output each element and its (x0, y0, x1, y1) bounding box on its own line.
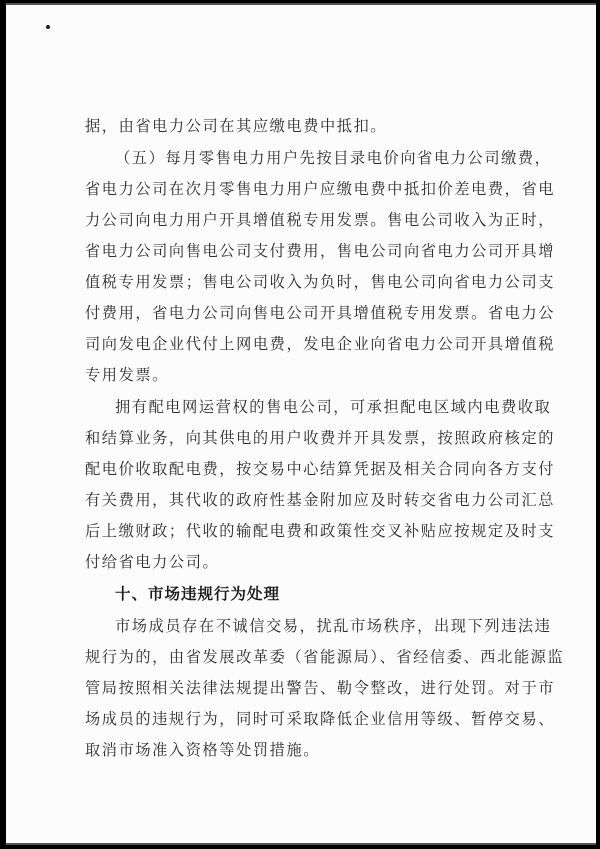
text-line: 管局按照相关法律法规提出警告、勒令整改，进行处罚。对于市 (85, 678, 555, 698)
text-line: 场成员的违规行为，同时可采取降低企业信用等级、暂停交易、 (85, 709, 555, 729)
scanned-document: 据，由省电力公司在其应缴电费中抵扣。 （五）每月零售电力用户先按目录电价向省电力… (0, 0, 600, 849)
text-line: 省电力公司在次月零售电力用户应缴电费中抵扣价差电费，省电 (85, 179, 555, 199)
scan-speck (46, 25, 50, 29)
text-line: 取消市场准入资格等处罚措施。 (85, 740, 320, 760)
text-line: 配电价收取配电费，按交易中心结算凭据及相关合同向各方支付 (85, 459, 555, 479)
text-line: 付费用，省电力公司向售电公司开具增值税专用发票。省电力公 (85, 303, 555, 323)
section-heading: 十、市场违规行为处理 (115, 584, 280, 604)
text-line: 拥有配电网运营权的售电公司，可承担配电区域内电费收取 (115, 397, 551, 417)
text-line: 市场成员存在不诚信交易，扰乱市场秩序，出现下列违法违 (115, 616, 551, 636)
text-line: 据，由省电力公司在其应缴电费中抵扣。 (85, 116, 387, 136)
text-line: 专用发票。 (85, 365, 169, 385)
text-line: 力公司向电力用户开具增值税专用发票。售电公司收入为正时， (85, 210, 555, 230)
text-line: 省电力公司向售电公司支付费用，售电公司向省电力公司开具增 (85, 241, 555, 261)
text-line: 有关费用，其代收的政府性基金附加应及时转交省电力公司汇总 (85, 490, 555, 510)
text-line: 司向发电企业代付上网电费，发电企业向省电力公司开具增值税 (85, 334, 555, 354)
text-line: 规行为的，由省发展改革委（省能源局）、省经信委、西北能源监 (85, 647, 564, 667)
text-line: 和结算业务，向其供电的用户收费并开具发票，按照政府核定的 (85, 428, 555, 448)
text-line: 后上缴财政；代收的输配电费和政策性交叉补贴应按规定及时支 (85, 521, 555, 541)
text-line: （五）每月零售电力用户先按目录电价向省电力公司缴费， (115, 148, 551, 168)
text-line: 付给省电力公司。 (85, 552, 219, 572)
text-line: 值税专用发票；售电公司收入为负时，售电公司向省电力公司支 (85, 272, 555, 292)
